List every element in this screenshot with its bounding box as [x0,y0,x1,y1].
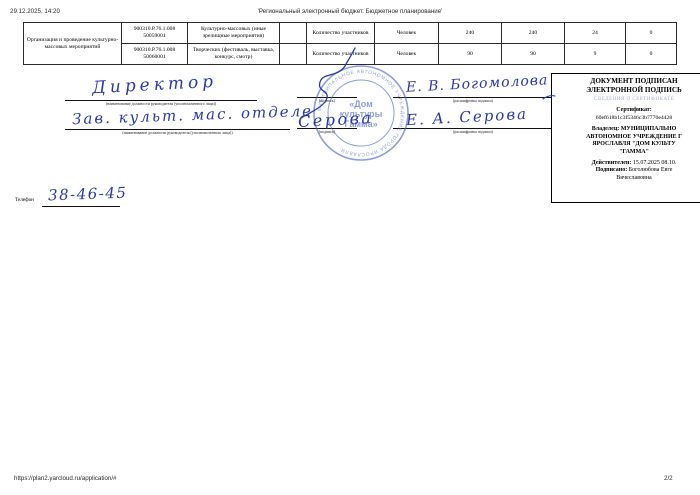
value-cell: 240 [502,23,565,44]
value-cell: 0 [626,44,677,65]
esign-valid-label: Действителен: [592,160,632,166]
esign-owner-line: Владелец: МУНИЦИПАЛЬНО [552,126,700,133]
esign-cert-label: Сертификат: [552,107,700,114]
code-cell: 900310.Р.76.1.008 50059001 [122,23,188,44]
value-cell: 24 [565,23,626,44]
esign-signed-value: Боголюбова Евге [629,167,673,173]
esign-signed-line: Подписано: Боголюбова Евге [552,167,700,174]
code-line: 900310.Р.76.1.008 [134,26,176,32]
service-name-cell: Творческих (фестиваль, выставка, конкурс… [188,44,280,65]
esign-owner-line: "ГАММА" [552,149,700,156]
table-row: Организация и проведение культурно-массо… [24,23,677,44]
esign-signed-label: Подписано: [596,167,628,173]
page-number: 2/2 [664,475,673,482]
phone-label: Телефон [15,197,34,203]
esign-owner-line: ЯРОСЛАВЛЯ "ДОМ КУЛЬТУ [552,141,700,148]
code-cell: 900310.Р.76.1.008 50060001 [122,44,188,65]
signature-stroke [293,42,363,122]
esign-title: ЭЛЕКТРОННОЙ ПОДПИСЬ [552,86,700,95]
code-line: 900310.Р.76.1.008 [134,47,176,53]
name-caption: (расшифровка подписи) [393,130,553,135]
code-line: 50059001 [143,33,165,39]
handwritten-phone-number: 38-46-45 [48,184,128,205]
page-title: 'Региональный электронный бюджет. Бюджет… [40,8,660,15]
esign-stamp-box: ДОКУМЕНТ ПОДПИСАН ЭЛЕКТРОННОЙ ПОДПИСЬ СВ… [551,73,700,203]
position-caption: (наименование должности руководителя (уп… [65,131,290,136]
code-line: 50060001 [143,54,165,60]
print-url: https://plan2.yarcloud.ru/application/# [14,475,117,482]
value-cell: 90 [439,44,502,65]
esign-subtitle: СВЕДЕНИЯ О СЕРТИФИКАТЕ [552,96,700,103]
phone-line [42,206,120,207]
value-cell: 0 [626,23,677,44]
esign-signed-line2: Вячеславовна [552,175,700,182]
esign-owner-line: АВТОНОМНОЕ УЧРЕЖДЕНИЕ Г [552,134,700,141]
name-caption: (расшифровка подписи) [393,99,553,104]
esign-title: ДОКУМЕНТ ПОДПИСАН [552,77,700,86]
handwritten-name-row2: Е. А. Серова [406,105,529,129]
pen-mark [542,93,556,101]
esign-cert-value: 60ef618b1c3f5346c3b7770e4428 [552,115,700,122]
printed-document-page: 29.12.2025, 14:20 'Региональный электрон… [0,0,700,495]
value-cell: 90 [502,44,565,65]
value-cell: 240 [439,23,502,44]
indicator-name-cell: Количество участников [307,23,375,44]
handwritten-name-row1: Е. В. Богомолова [406,72,549,95]
esign-valid-value: 15.07.2025 08.10. [633,160,677,166]
unit-cell: Человек [375,23,439,44]
empty-cell [280,23,307,44]
service-name-cell: Культурно-массовых (иные зрелищные мероп… [188,23,280,44]
group-cell: Организация и проведение культурно-массо… [24,23,122,65]
handwritten-position-row1: Директор [92,72,218,99]
value-cell: 9 [565,44,626,65]
